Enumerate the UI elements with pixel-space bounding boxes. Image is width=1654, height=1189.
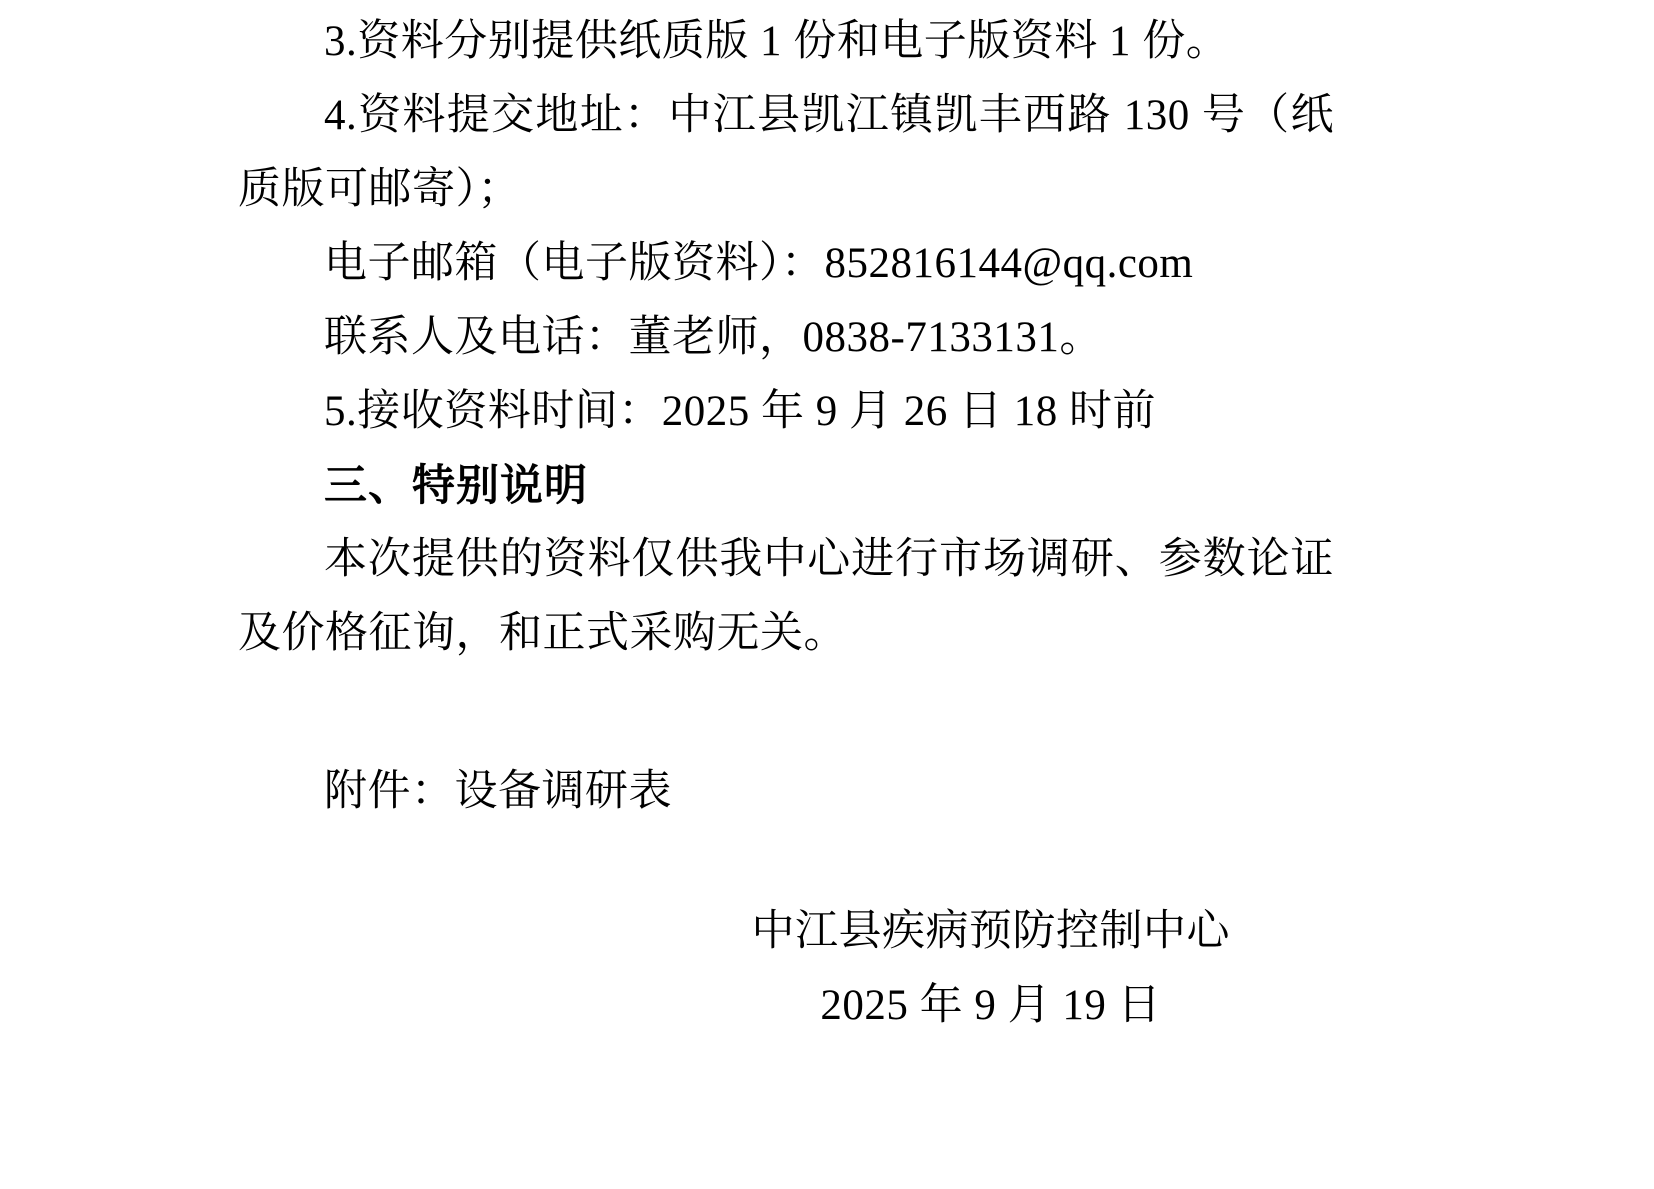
blank-line-spacer	[238, 829, 1334, 895]
document-content: 3.资料分别提供纸质版 1 份和电子版资料 1 份。 4.资料提交地址：中江县凯…	[0, 0, 1654, 1043]
document-page: 3.资料分别提供纸质版 1 份和电子版资料 1 份。 4.资料提交地址：中江县凯…	[0, 0, 1654, 1189]
signature-date: 2025 年 9 月 19 日	[752, 969, 1231, 1043]
attachment-line: 附件：设备调研表	[238, 755, 1334, 829]
paragraph-item-5-deadline: 5.接收资料时间：2025 年 9 月 26 日 18 时前	[238, 375, 1334, 449]
section-heading-special-note: 三、特别说明	[238, 449, 1334, 523]
signature-organization: 中江县疾病预防控制中心	[752, 895, 1231, 969]
paragraph-contact-phone: 联系人及电话：董老师，0838-7133131。	[238, 301, 1334, 375]
signature-block: 中江县疾病预防控制中心 2025 年 9 月 19 日	[752, 895, 1231, 1043]
paragraph-special-note-body: 本次提供的资料仅供我中心进行市场调研、参数论证及价格征询，和正式采购无关。	[238, 523, 1334, 671]
blank-line-spacer	[238, 671, 1334, 755]
paragraph-item-3-copies: 3.资料分别提供纸质版 1 份和电子版资料 1 份。	[238, 5, 1334, 79]
paragraph-email: 电子邮箱（电子版资料）：852816144@qq.com	[238, 227, 1334, 301]
paragraph-item-4-address: 4.资料提交地址：中江县凯江镇凯丰西路 130 号（纸质版可邮寄）；	[238, 79, 1334, 227]
